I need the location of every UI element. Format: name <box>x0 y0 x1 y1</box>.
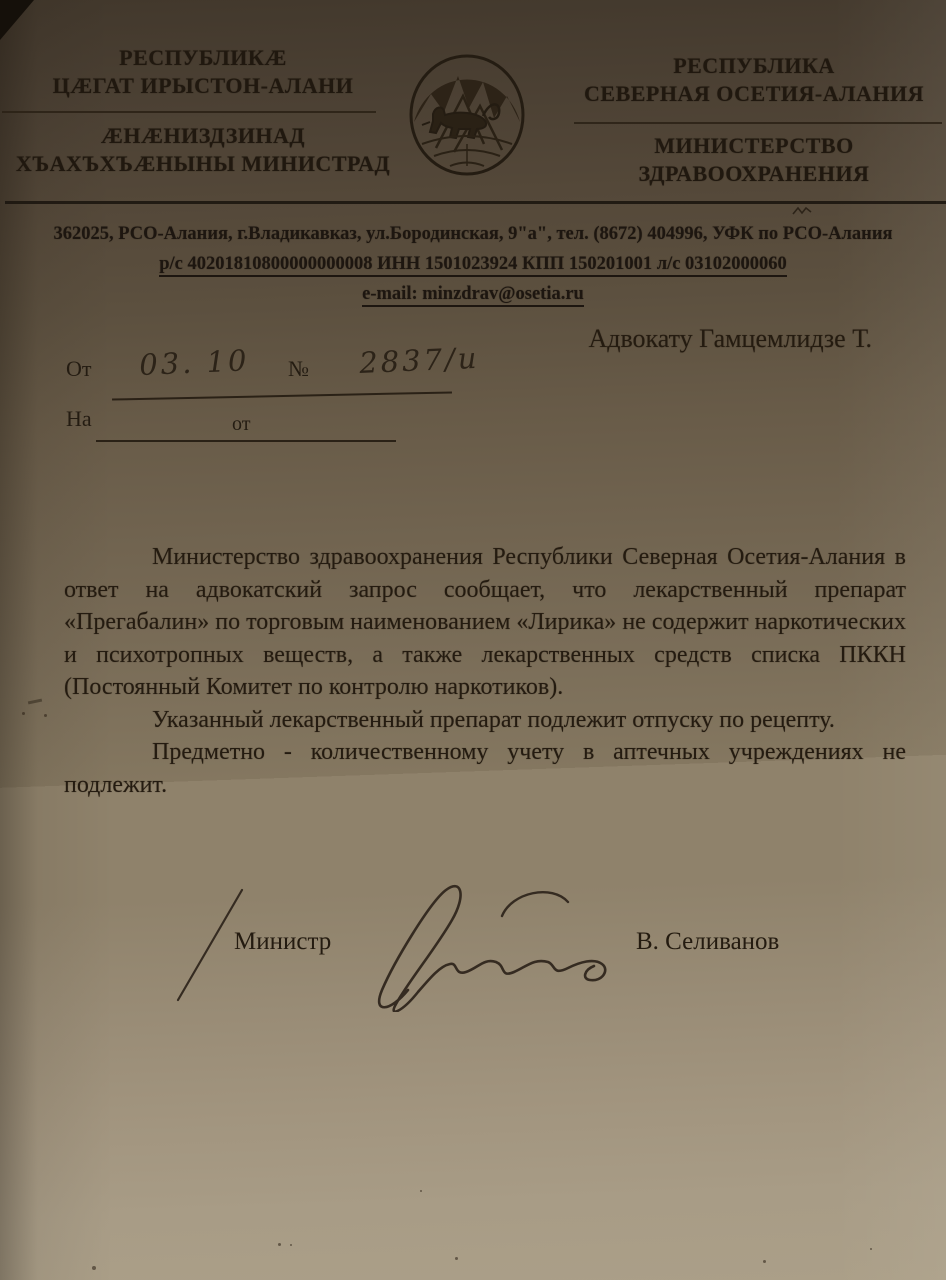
signature-autograph <box>150 862 670 1012</box>
paper-speck <box>455 1257 458 1260</box>
contact-requisites-line: р/с 40201810800000000008 ИНН 1501023924 … <box>159 254 787 277</box>
contact-requisites-row: р/с 40201810800000000008 ИНН 1501023924 … <box>0 254 946 275</box>
margin-speck <box>22 712 25 715</box>
ref-underline <box>112 391 452 400</box>
letterhead-line: РЕСПУБЛИКА <box>566 52 942 80</box>
signature-name: В. Селиванов <box>636 928 779 956</box>
signature-slash-stroke <box>178 890 242 1000</box>
paper-speck <box>420 1190 422 1192</box>
letterhead-line: ХЪАХЪХЪÆНЫНЫ МИНИСТРАД <box>12 150 394 178</box>
ref-from-label: От <box>66 356 92 382</box>
ref-date-handwritten: 03. 10 <box>139 343 251 382</box>
body-paragraph-1: Министерство здравоохранения Республики … <box>64 541 906 704</box>
paper-speck <box>763 1260 766 1263</box>
letterhead-main-rule <box>5 201 946 204</box>
signature-title: Министр <box>234 928 331 956</box>
ref-blank-underline <box>96 440 396 442</box>
photo-corner-fold <box>0 0 34 40</box>
ref-number-handwritten: 2837/и <box>359 341 481 380</box>
ref-on-label: На <box>66 406 92 432</box>
contact-address-line: 362025, РСО-Алания, г.Владикавказ, ул.Бо… <box>0 224 946 245</box>
letterhead-left-divider <box>2 111 376 113</box>
coat-of-arms-north-ossetia-icon <box>406 52 528 178</box>
handwritten-tick-mark <box>792 206 812 216</box>
letterhead-line: МИНИСТЕРСТВО <box>566 132 942 160</box>
letterhead-ossetian-ministry: ÆНÆНИЗДЗИНАД ХЪАХЪХЪÆНЫНЫ МИНИСТРАД <box>12 122 394 178</box>
paper-speck <box>870 1248 872 1250</box>
letterhead-right-divider <box>574 122 942 124</box>
contact-email-row: e-mail: minzdrav@osetia.ru <box>0 284 946 305</box>
margin-stray-mark <box>28 699 42 705</box>
ref-number-sign: № <box>288 356 309 382</box>
body-paragraph-2: Указанный лекарственный препарат подлежи… <box>64 704 906 737</box>
letterhead-line: СЕВЕРНАЯ ОСЕТИЯ-АЛАНИЯ <box>566 80 942 108</box>
ref-of-label: от <box>232 413 250 436</box>
paper-speck <box>290 1244 292 1246</box>
letterhead-ossetian-republic: РЕСПУБЛИКÆ ЦÆГАТ ИРЫСТОН-АЛАНИ <box>12 44 394 100</box>
letterhead-line: ÆНÆНИЗДЗИНАД <box>12 122 394 150</box>
letter-photo: РЕСПУБЛИКÆ ЦÆГАТ ИРЫСТОН-АЛАНИ ÆНÆНИЗДЗИ… <box>0 0 946 1280</box>
letterhead-line: ЗДРАВООХРАНЕНИЯ <box>566 160 942 188</box>
margin-speck <box>44 714 47 717</box>
letterhead-line: ЦÆГАТ ИРЫСТОН-АЛАНИ <box>12 72 394 100</box>
letterhead-russian-republic: РЕСПУБЛИКА СЕВЕРНАЯ ОСЕТИЯ-АЛАНИЯ <box>566 52 942 108</box>
letterhead-line: РЕСПУБЛИКÆ <box>12 44 394 72</box>
contact-email: e-mail: minzdrav@osetia.ru <box>362 284 584 307</box>
recipient-line: Адвокату Гамцемлидзе Т. <box>588 324 872 354</box>
letterhead-russian-ministry: МИНИСТЕРСТВО ЗДРАВООХРАНЕНИЯ <box>566 132 942 188</box>
body-paragraph-3: Предметно - количественному учету в апте… <box>64 736 906 801</box>
paper-speck <box>92 1266 96 1270</box>
paper-speck <box>278 1243 281 1246</box>
letter-body: Министерство здравоохранения Республики … <box>64 541 906 801</box>
